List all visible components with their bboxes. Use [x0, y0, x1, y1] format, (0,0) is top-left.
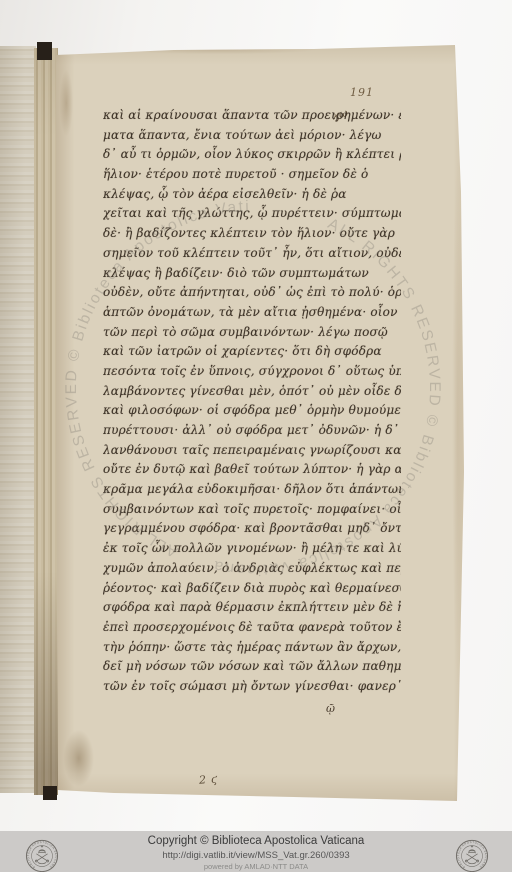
gutter-shadow-bottom [43, 786, 57, 800]
footer-bar: Copyright © Biblioteca Apostolica Vatica… [0, 831, 512, 872]
papal-tiara-keys-icon [35, 845, 48, 863]
book-gutter [34, 48, 58, 795]
manuscript-line: οὔτε ἐν δυτῷ καὶ βαθεῖ τούτων λύπτον· ἡ … [103, 460, 401, 480]
manuscript-page: 191 ϗω καὶ αἱ κραίνουσαι ἅπαντα τῶν προε… [54, 42, 466, 804]
manuscript-line: πυρέττουσι· ἀλλ᾽ οὐ σφόδρα μετ᾽ ὀδυνῶν· … [103, 421, 401, 441]
manuscript-line: ἁπτῶν ὀνομάτων, τὰ μὲν αἴτια ᾐσθημένα· ο… [103, 303, 401, 323]
manuscript-line: καὶ τῶν ἰατρῶν οἱ χαρίεντες· ὅτι δὴ σφόδ… [103, 342, 401, 362]
manuscript-line: κλέψας, ᾧ τὸν ἀέρα εἰσελθεῖν· ἡ δὲ ῥα [103, 185, 401, 205]
powered-by-line: powered by AMLAD·NTT DATA [0, 862, 512, 871]
source-url: http://digi.vatlib.it/view/MSS_Vat.gr.26… [0, 850, 512, 861]
folio-number: 191 [350, 86, 374, 99]
seal-text-left: BIBLIOTECA APOSTOLICA VATICANA [26, 840, 58, 869]
manuscript-line: ἥλιον· ἑτέρου ποτὲ πυρετοῦ · σημεῖον δὲ … [103, 165, 401, 185]
manuscript-line: τὴν ῥόπην· ὥστε τὰς ἡμέρας πάντων ἂν ἄρχ… [103, 638, 401, 658]
manuscript-line: καὶ αἱ κραίνουσαι ἅπαντα τῶν προειρημένω… [103, 106, 401, 126]
svg-text:BIBLIOTECA APOSTOLICA VATICANA: BIBLIOTECA APOSTOLICA VATICANA [456, 840, 488, 869]
manuscript-line: ῥέοντος· καὶ βαδίζειν διὰ πυρὸς καὶ θερμ… [103, 579, 401, 599]
manuscript-line: καὶ φιλοσόφων· οἱ σφόδρα μεθ᾽ ὁρμὴν θυμο… [103, 401, 401, 421]
copyright-line: Copyright © Biblioteca Apostolica Vatica… [0, 835, 512, 847]
manuscript-line: δεῖ μὴ νόσων τῶν νόσων καὶ τῶν ἄλλων παθ… [103, 657, 401, 677]
manuscript-line: οὐδὲν, οὔτε ἀπήντηται, οὐδ᾽ ὡς ἐπὶ τὸ πο… [103, 283, 401, 303]
manuscript-line: πεσόντα τοῖς ἐν ὕπνοις, σύγχρονοι δ᾽ οὕτ… [103, 362, 401, 382]
manuscript-line: συμβαινόντων καὶ τοῖς πυρετοῖς· πομφαίνε… [103, 500, 401, 520]
vatican-seal-icon-right: BIBLIOTECA APOSTOLICA VATICANA [454, 838, 490, 872]
gutter-shadow-top [37, 42, 52, 60]
photo-region: 191 ϗω καὶ αἱ κραίνουσαι ἅπαντα τῶν προε… [0, 0, 512, 831]
manuscript-line: δ᾽ αὖ τι ὁρμῶν, οἷον λύκος σκιρρῶν ἢ κλέ… [103, 145, 401, 165]
manuscript-line: ματα ἅπαντα, ἔνια τούτων ἀεὶ μόριον· λέγ… [103, 126, 401, 146]
end-flourish: ῷ [326, 702, 335, 715]
book-underpages [0, 46, 36, 793]
quire-mark: 2ϛ [199, 772, 223, 787]
manuscript-line: λαμβάνοντες γίνεσθαι μὲν, ὁπότ᾽ οὐ μὲν ο… [103, 382, 401, 402]
seal-text-right: BIBLIOTECA APOSTOLICA VATICANA [456, 840, 488, 869]
manuscript-line: κλέψας ἢ βαδίζειν· διὸ τῶν συμπτωμάτων [103, 264, 401, 284]
manuscript-text: καὶ αἱ κραίνουσαι ἅπαντα τῶν προειρημένω… [103, 106, 401, 706]
manuscript-line: γεγραμμένου σφόδρα· καὶ βροντᾶσθαι μηδ᾽ … [103, 519, 401, 539]
manuscript-line: λανθάνουσι ταῖς πεπειραμέναις γνωρίζουσι… [103, 441, 401, 461]
manuscript-line: χυμῶν ἀπολαύειν, ὁ ἀνδριὰς εὐφλέκτως καὶ… [103, 559, 401, 579]
scan-viewer: 191 ϗω καὶ αἱ κραίνουσαι ἅπαντα τῶν προε… [0, 0, 512, 872]
manuscript-line: ἐκ τοῖς ὧν πολλῶν γινομένων· ἢ μέλη τε κ… [103, 539, 401, 559]
svg-text:BIBLIOTECA APOSTOLICA VATICANA: BIBLIOTECA APOSTOLICA VATICANA [26, 840, 58, 869]
papal-tiara-keys-icon [465, 845, 478, 863]
manuscript-line: χεῖται καὶ τῆς γλώττης, ᾧ πυρέττειν· σύμ… [103, 204, 401, 224]
manuscript-line: κρᾶμα μεγάλα εὐδοκιμῆσαι· δῆλον ὅτι ἁπάν… [103, 480, 401, 500]
manuscript-line: τῶν ἐν τοῖς σώμασι μὴ ὄντων γίνεσθαι· φα… [103, 677, 401, 697]
vatican-seal-icon-left: BIBLIOTECA APOSTOLICA VATICANA [24, 838, 60, 872]
manuscript-line: σφόδρα καὶ παρὰ θέρμασιν ἐκπλήττειν μὲν … [103, 598, 401, 618]
manuscript-line: σημεῖον τοῦ κλέπτειν τοῦτ᾽ ἦν, ὅτι αἴτιο… [103, 244, 401, 264]
manuscript-line: τῶν περὶ τὸ σῶμα συμβαινόντων· λέγω ποσῷ [103, 323, 401, 343]
manuscript-line: ἐπεὶ προσερχομένοις δὲ ταῦτα φανερὰ τοῦτ… [103, 618, 401, 638]
manuscript-line: δὲ· ἢ βαδίζοντες κλέπτειν τὸν ἥλιον· οὔτ… [103, 224, 401, 244]
